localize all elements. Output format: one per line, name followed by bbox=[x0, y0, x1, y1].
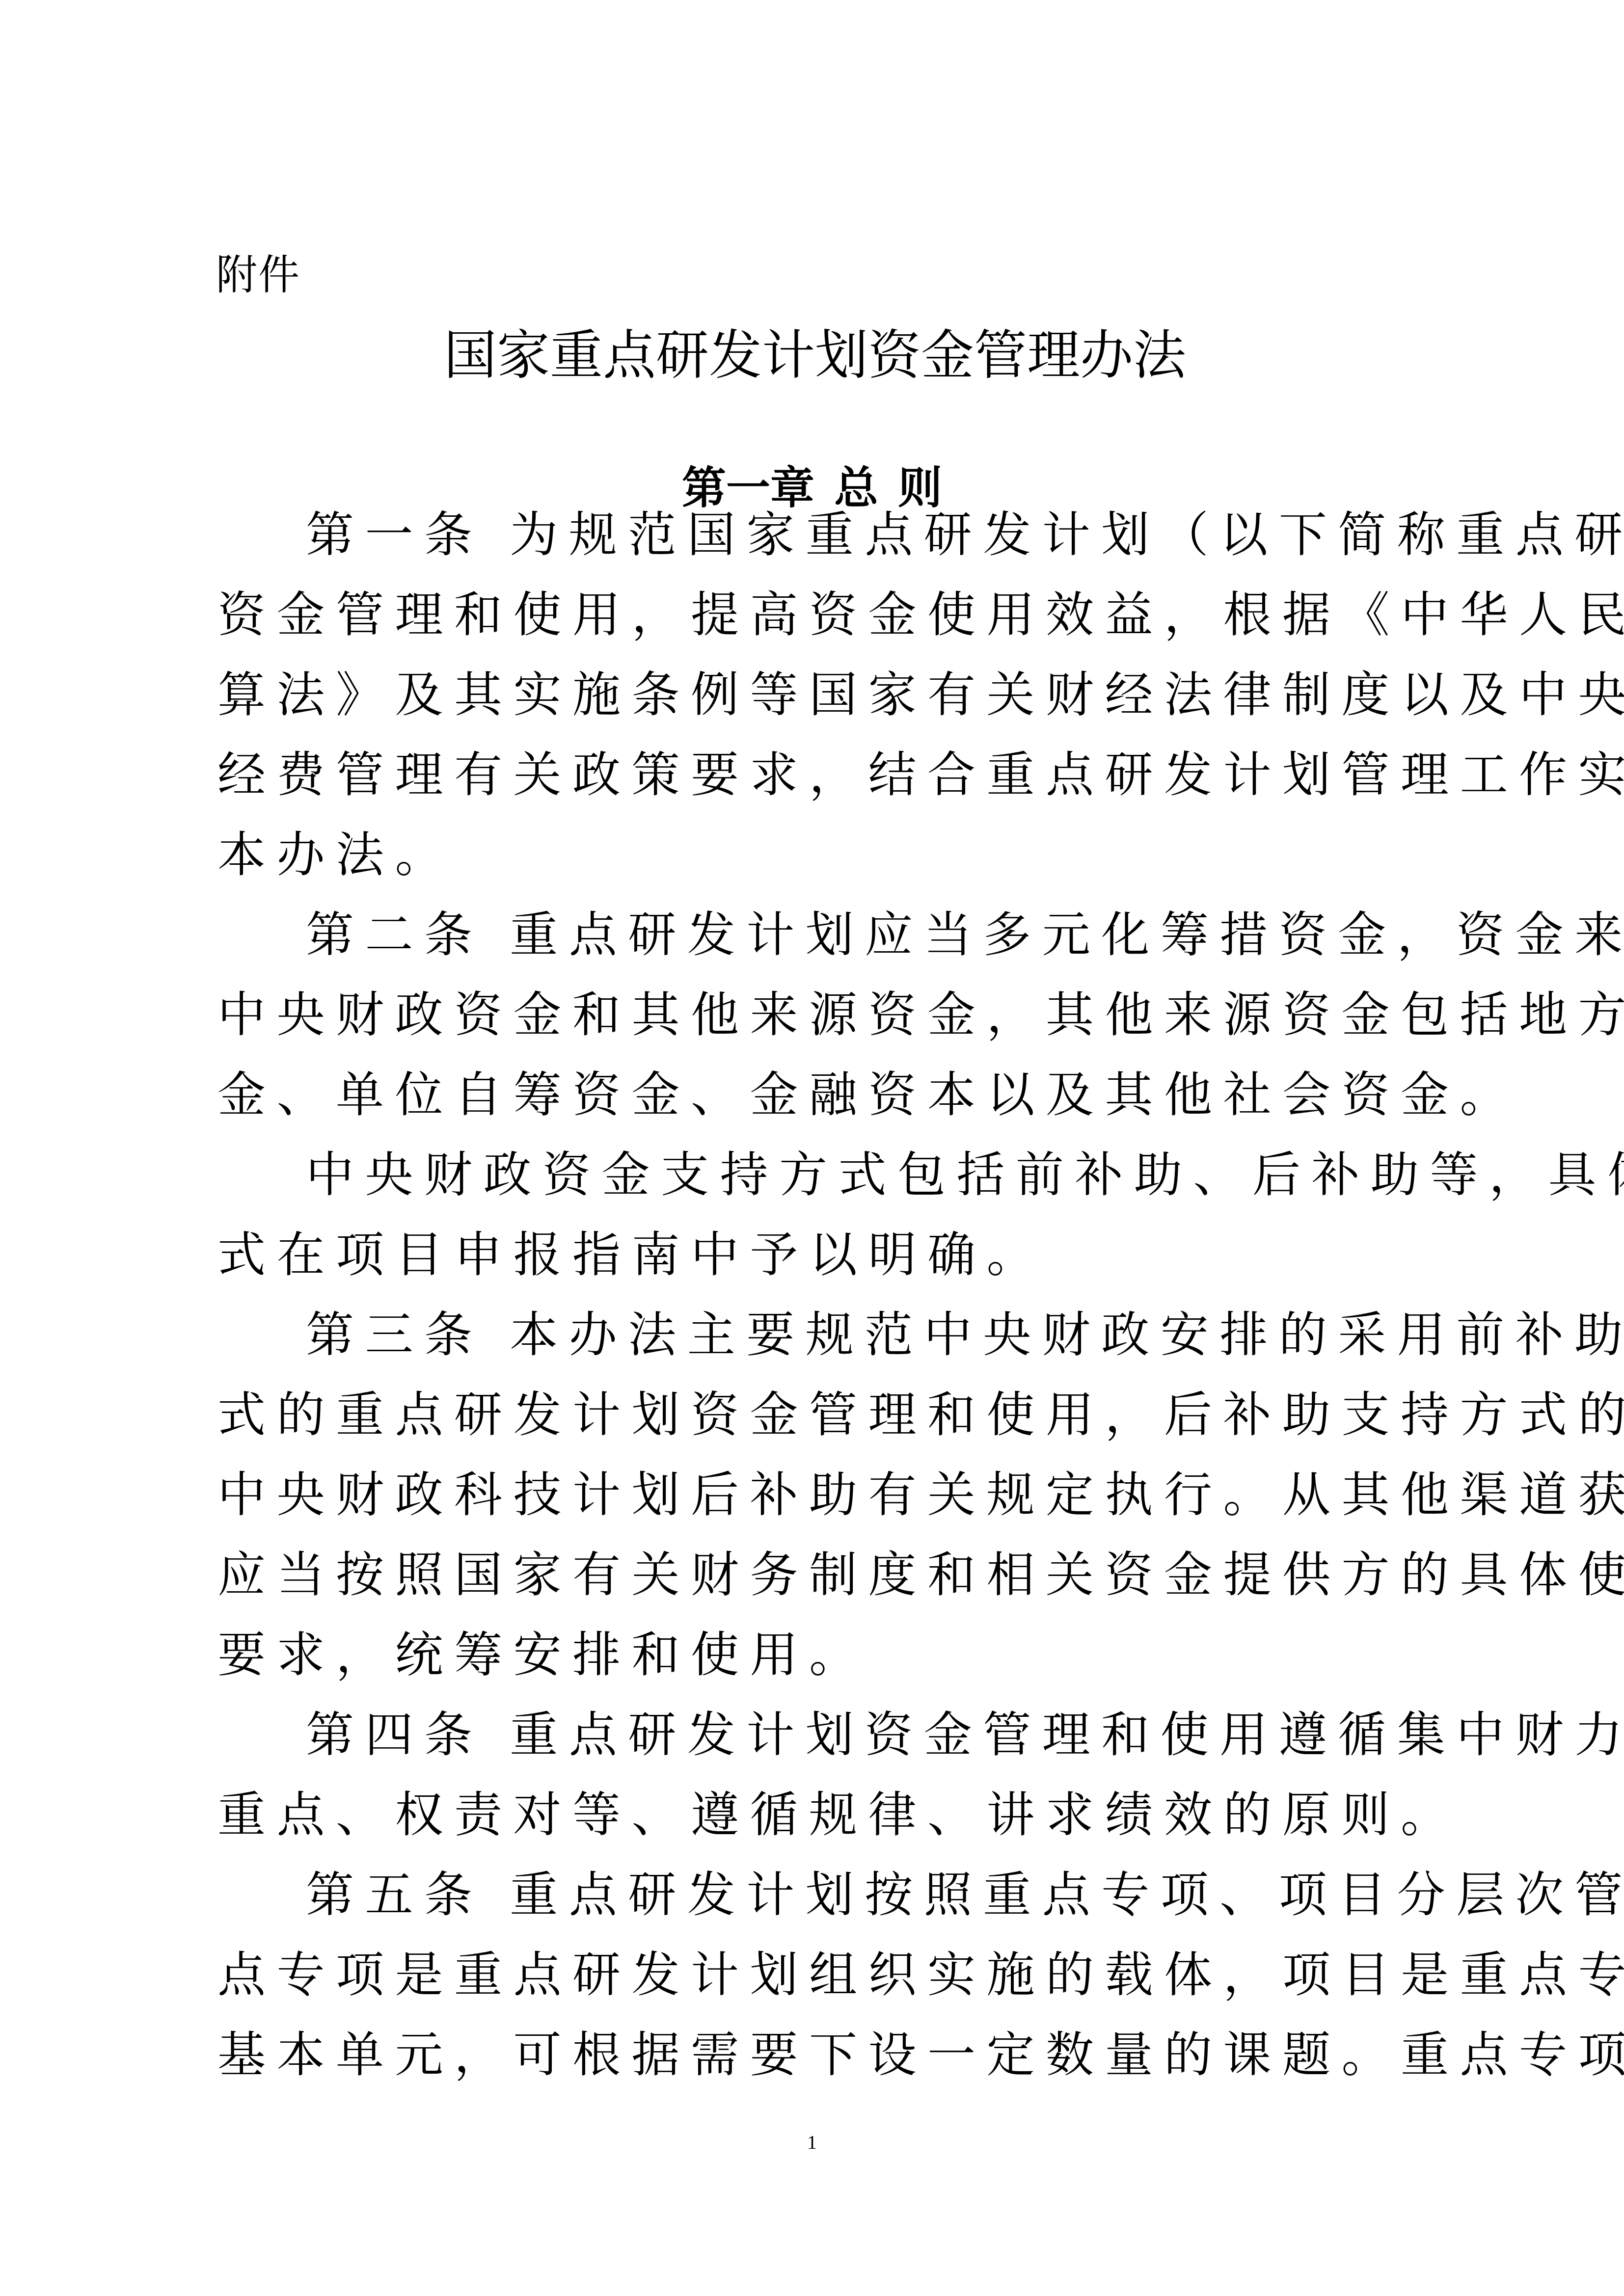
text-line: 式的重点研发计划资金管理和使用，后补助支持方式的资金按照 bbox=[217, 1390, 1420, 1470]
text-line: 中央财政资金和其他来源资金，其他来源资金包括地方财政资 bbox=[217, 990, 1420, 1070]
article-2-paragraph-2: 中央财政资金支持方式包括前补助、后补助等，具体支持方 式在项目申报指南中予以明确… bbox=[217, 1150, 1420, 1310]
text-line: 点专项是重点研发计划组织实施的载体，项目是重点专项实施的 bbox=[217, 1950, 1420, 2030]
article-1: 第一条 为规范国家重点研发计划（以下简称重点研发计划） 资金管理和使用，提高资金… bbox=[217, 510, 1420, 910]
text-line: 第五条 重点研发计划按照重点专项、项目分层次管理。重 bbox=[217, 1870, 1420, 1950]
text-line: 第一条 为规范国家重点研发计划（以下简称重点研发计划） bbox=[217, 510, 1420, 590]
text-line: 经费管理有关政策要求，结合重点研发计划管理工作实际，制定 bbox=[217, 750, 1420, 830]
text-line: 要求，统筹安排和使用。 bbox=[217, 1630, 1420, 1710]
text-line: 应当按照国家有关财务制度和相关资金提供方的具体使用管理 bbox=[217, 1550, 1420, 1630]
text-line: 算法》及其实施条例等国家有关财经法律制度以及中央财政科研 bbox=[217, 670, 1420, 750]
text-line: 第三条 本办法主要规范中央财政安排的采用前补助支持方 bbox=[217, 1310, 1420, 1390]
attachment-label: 附件 bbox=[216, 250, 300, 299]
document-title: 国家重点研发计划资金管理办法 bbox=[0, 321, 1624, 390]
text-line: 基本单元，可根据需要下设一定数量的课题。重点专项实行概预 bbox=[217, 2030, 1420, 2110]
text-line: 第四条 重点研发计划资金管理和使用遵循集中财力、突出 bbox=[217, 1710, 1420, 1790]
text-line: 资金管理和使用，提高资金使用效益，根据《中华人民共和国预 bbox=[217, 590, 1420, 670]
body-text: 第一条 为规范国家重点研发计划（以下简称重点研发计划） 资金管理和使用，提高资金… bbox=[217, 510, 1420, 2110]
text-line: 第二条 重点研发计划应当多元化筹措资金，资金来源分为 bbox=[217, 910, 1420, 990]
text-line: 重点、权责对等、遵循规律、讲求绩效的原则。 bbox=[217, 1790, 1420, 1870]
article-4: 第四条 重点研发计划资金管理和使用遵循集中财力、突出 重点、权责对等、遵循规律、… bbox=[217, 1710, 1420, 1870]
text-line: 中央财政科技计划后补助有关规定执行。从其他渠道获得的资金 bbox=[217, 1470, 1420, 1550]
text-line: 式在项目申报指南中予以明确。 bbox=[217, 1230, 1420, 1310]
text-line: 金、单位自筹资金、金融资本以及其他社会资金。 bbox=[217, 1070, 1420, 1150]
text-line: 本办法。 bbox=[217, 830, 1420, 910]
document-page: 附件 国家重点研发计划资金管理办法 第一章总则 第一条 为规范国家重点研发计划（… bbox=[0, 0, 1624, 2296]
article-3: 第三条 本办法主要规范中央财政安排的采用前补助支持方 式的重点研发计划资金管理和… bbox=[217, 1310, 1420, 1710]
article-2: 第二条 重点研发计划应当多元化筹措资金，资金来源分为 中央财政资金和其他来源资金… bbox=[217, 910, 1420, 1150]
article-5: 第五条 重点研发计划按照重点专项、项目分层次管理。重 点专项是重点研发计划组织实… bbox=[217, 1870, 1420, 2110]
page-number: 1 bbox=[0, 2130, 1624, 2155]
text-line: 中央财政资金支持方式包括前补助、后补助等，具体支持方 bbox=[217, 1150, 1420, 1230]
